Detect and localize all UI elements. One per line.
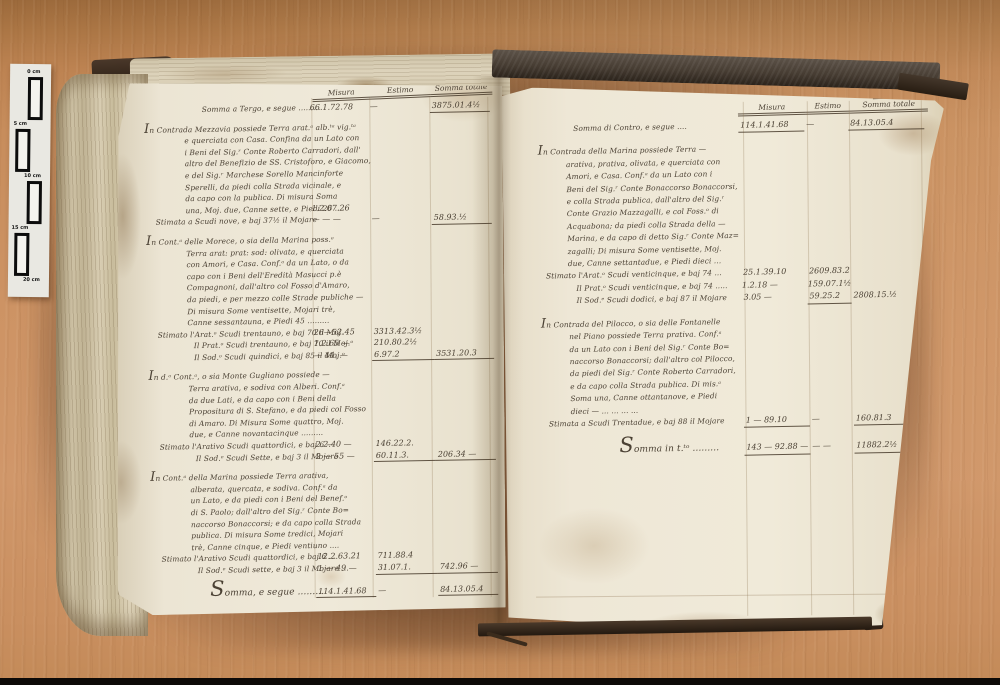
- misura-value: 114.1.41.68: [738, 119, 804, 134]
- estimo-value: 159.07.1½: [806, 278, 852, 291]
- column-header-estimo: Estimo: [370, 84, 430, 100]
- estimo-value: [374, 488, 436, 489]
- ledger-entry: In Contrada Mezzavia possiede Terra arat…: [142, 118, 492, 230]
- misura-value: 143 — 92.88 —: [744, 441, 810, 456]
- estimo-value: [375, 511, 437, 512]
- ledger-line: Somma di Contro, e segue ....114.1.41.68…: [535, 116, 924, 137]
- estimo-value: [372, 321, 434, 322]
- column-header-estimo: Estimo: [806, 101, 850, 115]
- ruled-bottom-guide: [536, 593, 922, 597]
- estimo-value: [373, 410, 435, 411]
- estimo-value: [807, 261, 851, 262]
- somma-totale-value: [436, 444, 496, 445]
- misura-value: 1 — 89.10: [744, 413, 810, 428]
- somma-totale-value: [851, 272, 927, 273]
- estimo-value: —: [370, 212, 432, 225]
- somma-totale-value: 84.13.05.4: [438, 582, 498, 596]
- estimo-value: 59.25.2: [807, 290, 851, 304]
- estimo-value: [374, 476, 436, 477]
- ruler-block: [27, 181, 42, 224]
- somma-totale-value: [435, 409, 495, 410]
- somma-totale-value: [849, 185, 925, 186]
- somma-totale-value: 206.34 —: [436, 448, 496, 462]
- ruler-block: [14, 233, 29, 276]
- estimo-value: 31.07.1.: [376, 561, 438, 575]
- somma-totale-value: [850, 197, 926, 198]
- misura-value: [739, 187, 805, 188]
- misura-value: [740, 224, 806, 225]
- estimo-value: [369, 151, 431, 152]
- estimo-value: 2609.83.2: [807, 265, 851, 278]
- somma-totale-value: 742.96 —: [438, 560, 498, 574]
- somma-totale-value: [431, 173, 491, 174]
- ledger-line: Somma, e segue .........114.1.41.68—84.1…: [150, 578, 498, 601]
- line-text: Il Sod.ᵉ Scudi Sette, e baj 3 il Mojare: [148, 451, 314, 465]
- estimo-value: [373, 387, 435, 388]
- line-text: Somma, e segue .........: [150, 582, 316, 601]
- ruler-block: [15, 129, 30, 172]
- estimo-value: —: [810, 413, 854, 426]
- estimo-value: [375, 546, 437, 547]
- line-text: Somma di Contro, e segue ....: [535, 120, 738, 136]
- somma-totale-value: [432, 262, 492, 263]
- left-page-ledger-text: Somma a Tergo, e segue .........66.1.72.…: [142, 99, 499, 607]
- somma-totale-value: [434, 374, 494, 375]
- estimo-value: [370, 251, 432, 252]
- column-header-somma-totale: Somma totale: [850, 99, 928, 114]
- estimo-value: [805, 149, 849, 150]
- ledger-entry: In Cont.ᵃ delle Morece, o sia della Mari…: [144, 230, 494, 366]
- ledger-entry: In Contrada della Marina possiede Terra …: [536, 139, 928, 310]
- estimo-value: — —: [810, 440, 854, 453]
- estimo-value: [369, 174, 431, 175]
- ledger-line: Somma in t.ᵗᵒ .........143 — 92.88 —— —1…: [541, 434, 930, 460]
- estimo-value: [806, 199, 850, 200]
- estimo-value: [375, 534, 437, 535]
- photo-scene: 0 cm 5 cm 10 cm 15 cm 20 cm Misura Estim…: [0, 0, 1000, 685]
- ledger-entry: In Contrada del Pilocco, o sia delle Fon…: [539, 311, 930, 432]
- estimo-value: [809, 396, 853, 397]
- misura-value: [739, 150, 805, 151]
- manuscript-left-page: Misura Estimo Somma totale Somma a Tergo…: [114, 81, 506, 616]
- somma-totale-value: [431, 150, 491, 151]
- column-header-misura: Misura: [738, 102, 806, 117]
- somma-totale-value: 84.13.05.4: [848, 116, 924, 131]
- estimo-value: [805, 161, 849, 162]
- somma-totale-value: [434, 332, 494, 333]
- somma-totale-value: [435, 432, 495, 433]
- estimo-value: [369, 162, 431, 163]
- line-text: Somma in t.ᵗᵒ .........: [541, 437, 744, 458]
- somma-totale-value: [433, 274, 493, 275]
- misura-value: [740, 212, 806, 213]
- estimo-value: [809, 383, 853, 384]
- estimo-value: [805, 174, 849, 175]
- somma-totale-value: [433, 308, 493, 309]
- estimo-value: [368, 128, 430, 129]
- somma-totale-value: [431, 196, 491, 197]
- somma-totale-value: 2808.15.½: [851, 288, 927, 302]
- ruler-label-15cm: 15 cm: [11, 225, 28, 231]
- somma-totale-value: [433, 320, 493, 321]
- line-text: Somma a Tergo, e segue .........: [142, 102, 308, 116]
- ruler-label-20cm: 20 cm: [23, 277, 40, 283]
- somma-totale-value: [849, 148, 925, 149]
- manuscript-right-page: 2140 Misura Estimo Somma totale Somma di…: [502, 84, 949, 634]
- line-text: Il Sod.ᵉ Scudi dodici, e baj 87 il Mojar…: [538, 292, 741, 308]
- somma-totale-value: [435, 398, 495, 399]
- estimo-value: [809, 359, 853, 360]
- misura-value: — 44. —: [312, 349, 372, 362]
- ledger-entry: Somma in t.ᵗᵒ .........143 — 92.88 —— —1…: [541, 434, 930, 460]
- estimo-value: [371, 275, 433, 276]
- somma-totale-value: [851, 247, 927, 248]
- somma-totale-value: [430, 127, 490, 128]
- misura-value: [740, 237, 806, 238]
- somma-totale-value: [437, 498, 497, 499]
- somma-totale-value: [849, 160, 925, 161]
- misura-value: 114.1.41.68: [316, 585, 376, 599]
- column-header-misura: Misura: [312, 87, 370, 102]
- misura-value: [742, 335, 808, 336]
- misura-value: [744, 409, 810, 410]
- ruler-label-5cm: 5 cm: [14, 121, 27, 127]
- somma-totale-value: [431, 184, 491, 185]
- estimo-value: 60.11.3.: [374, 449, 436, 463]
- misura-value: [739, 175, 805, 176]
- estimo-value: [807, 248, 851, 249]
- estimo-value: [373, 422, 435, 423]
- somma-totale-value: [436, 475, 496, 476]
- estimo-value: [369, 197, 431, 198]
- somma-totale-value: [849, 172, 925, 173]
- somma-totale-value: [437, 545, 497, 546]
- estimo-value: [375, 499, 437, 500]
- estimo-value: [805, 186, 849, 187]
- somma-totale-value: [850, 222, 926, 223]
- somma-totale-value: 58.93.½: [432, 211, 492, 225]
- estimo-value: [369, 186, 431, 187]
- misura-value: [742, 322, 808, 323]
- estimo-value: [808, 346, 852, 347]
- somma-totale-value: [435, 421, 495, 422]
- misura-value: [741, 262, 807, 263]
- estimo-value: [371, 309, 433, 310]
- estimo-value: [810, 408, 854, 409]
- line-text: Il Sod.ᵒ Scudi quindici, e baj 85 il Moj…: [146, 350, 312, 364]
- misura-value: [743, 359, 809, 360]
- misura-value: 66.1.72.78: [308, 101, 368, 114]
- somma-totale-value: [433, 285, 493, 286]
- table-edge-shadow: [0, 678, 1000, 685]
- estimo-value: [806, 211, 850, 212]
- somma-totale-value: 3875.01.4½: [430, 99, 490, 113]
- estimo-value: [809, 371, 853, 372]
- misura-value: [743, 384, 809, 385]
- ruler-label-0cm: 0 cm: [27, 69, 40, 75]
- ruler-label-10cm: 10 cm: [24, 173, 41, 179]
- estimo-value: [806, 236, 850, 237]
- somma-totale-value: [431, 161, 491, 162]
- line-text: Stimata a Scudi nove, e baj 37½ il Mojar…: [144, 214, 310, 228]
- somma-totale-value: [851, 284, 927, 285]
- somma-totale-value: [432, 208, 492, 209]
- ledger-entry: In d.ᵃ Cont.ᵃ, o sia Monte Gugliano poss…: [146, 365, 496, 466]
- somma-totale-value: [430, 138, 490, 139]
- somma-totale-value: 3531.20.3: [434, 347, 494, 361]
- misura-value: [742, 347, 808, 348]
- ledger-line: Somma a Tergo, e segue .........66.1.72.…: [142, 99, 490, 118]
- somma-totale-value: [437, 510, 497, 511]
- photo-scale-ruler: 0 cm 5 cm 10 cm 15 cm 20 cm: [8, 64, 51, 297]
- misura-value: [740, 200, 806, 201]
- misura-value: 2 — 55 —: [314, 450, 374, 463]
- somma-totale-value: [438, 556, 498, 557]
- estimo-value: —: [376, 583, 438, 596]
- ledger-entry: In Cont.ᵃ della Marina possiede Terra ar…: [148, 466, 498, 578]
- estimo-value: [806, 224, 850, 225]
- misura-value: [743, 372, 809, 373]
- estimo-value: [373, 399, 435, 400]
- estimo-value: [375, 523, 437, 524]
- estimo-value: —: [804, 118, 848, 131]
- ledger-entry: Somma, e segue .........114.1.41.68—84.1…: [150, 578, 498, 601]
- somma-totale-value: [435, 386, 495, 387]
- ledger-entry: Somma di Contro, e segue ....114.1.41.68…: [535, 116, 924, 137]
- line-text: Il Sod.ᵉ Scudi sette, e baj 3 il Mojare …: [150, 563, 316, 577]
- estimo-value: [371, 286, 433, 287]
- somma-totale-value: [850, 210, 926, 211]
- right-page-ledger-text: Somma di Contro, e segue ....114.1.41.68…: [535, 116, 931, 468]
- somma-totale-value: [432, 250, 492, 251]
- somma-totale-value: [433, 297, 493, 298]
- estimo-value: [808, 334, 852, 335]
- estimo-value: [371, 298, 433, 299]
- misura-value: 1 — 49 —: [316, 562, 376, 575]
- misura-value: [739, 162, 805, 163]
- misura-value: [743, 397, 809, 398]
- estimo-value: [373, 433, 435, 434]
- misura-value: — — —: [310, 213, 370, 226]
- estimo-value: [808, 321, 852, 322]
- somma-totale-value: [850, 234, 926, 235]
- line-text: Stimata a Scudi Trentadue, e baj 88 il M…: [541, 415, 744, 431]
- ruler-block: [28, 77, 43, 120]
- somma-totale-value: [851, 259, 927, 260]
- misura-value: [741, 249, 807, 250]
- somma-totale-value: [434, 343, 494, 344]
- misura-value: 3.05 —: [741, 291, 807, 305]
- estimo-value: [370, 263, 432, 264]
- estimo-value: —: [368, 100, 430, 113]
- estimo-value: [370, 209, 432, 210]
- somma-totale-value: [437, 533, 497, 534]
- ledger-entry: Somma a Tergo, e segue .........66.1.72.…: [142, 99, 490, 118]
- estimo-value: [370, 240, 432, 241]
- column-headers: Misura Estimo Somma totale: [738, 99, 928, 117]
- estimo-value: 6.97.2: [372, 348, 434, 362]
- somma-totale-value: [432, 239, 492, 240]
- somma-totale-value: [437, 521, 497, 522]
- estimo-value: [368, 139, 430, 140]
- somma-totale-value: [436, 487, 496, 488]
- estimo-value: [372, 375, 434, 376]
